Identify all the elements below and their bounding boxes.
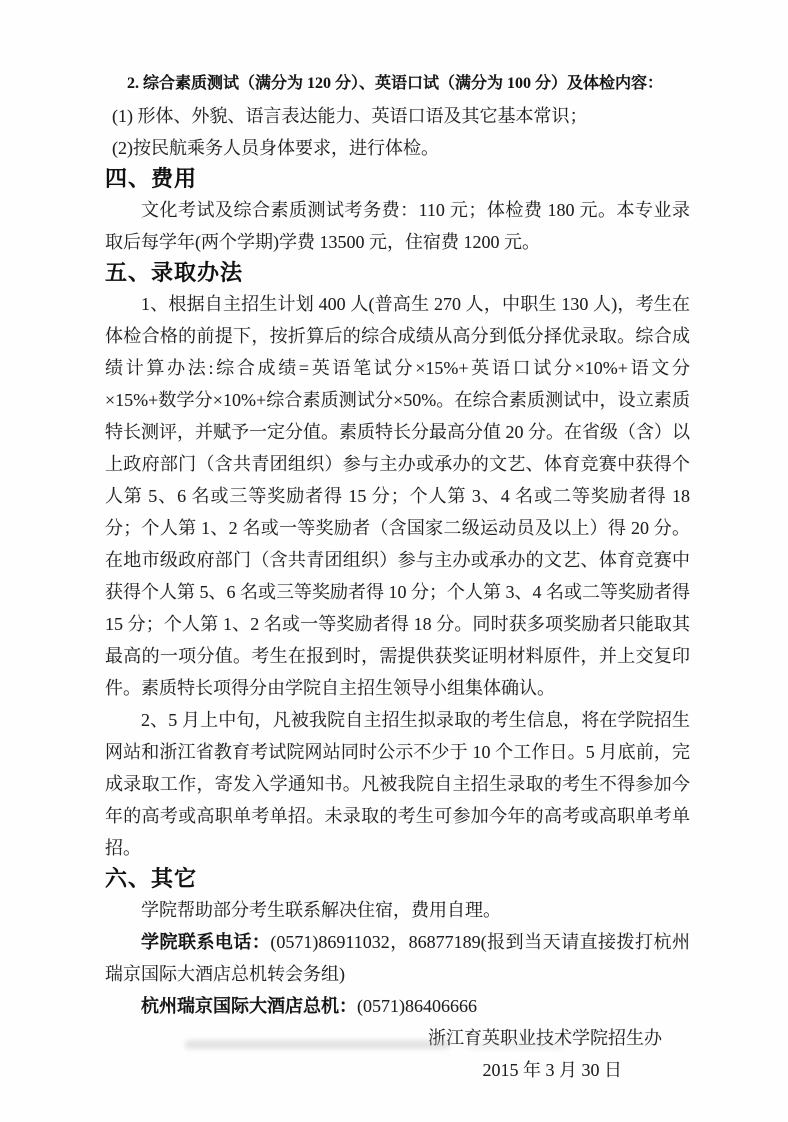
section-admission-paragraph-1: 1、根据自主招生计划 400 人(普高生 270 人，中职生 130 人)，考生… <box>105 288 690 704</box>
signature-date: 2015 年 3 月 30 日 <box>105 1054 690 1086</box>
section-other-paragraph: 学院帮助部分考生联系解决住宿，费用自理。 <box>105 894 690 926</box>
scan-bleedthrough-artifact <box>468 1042 563 1049</box>
signature-organization: 浙江育英职业技术学院招生办 <box>105 1022 690 1054</box>
exam-item2-sub2: (2)按民航乘务人员身体要求，进行体检。 <box>105 132 690 164</box>
document-page: 2. 综合素质测试（满分为 120 分）、英语口试（满分为 100 分）及体检内… <box>0 0 788 1122</box>
section-fee-heading: 四、费用 <box>105 164 690 194</box>
scan-bleedthrough-artifact <box>185 1040 450 1049</box>
exam-item2-sub1: (1) 形体、外貌、语言表达能力、英语口语及其它基本常识； <box>105 100 690 132</box>
college-phone-label: 学院联系电话： <box>141 932 270 952</box>
document-body: 2. 综合素质测试（满分为 120 分）、英语口试（满分为 100 分）及体检内… <box>0 0 788 1086</box>
hotel-phone-label: 杭州瑞京国际大酒店总机： <box>141 996 357 1016</box>
section-fee-paragraph: 文化考试及综合素质测试考务费：110 元；体检费 180 元。本专业录取后每学年… <box>105 194 690 258</box>
hotel-contact-line: 杭州瑞京国际大酒店总机：(0571)86406666 <box>105 990 690 1022</box>
section-admission-paragraph-2: 2、5 月上中旬，凡被我院自主招生拟录取的考生信息，将在学院招生网站和浙江省教育… <box>105 704 690 864</box>
section-admission-heading: 五、录取办法 <box>105 258 690 288</box>
section-other-heading: 六、其它 <box>105 864 690 894</box>
exam-item2-title: 2. 综合素质测试（满分为 120 分）、英语口试（满分为 100 分）及体检内… <box>105 68 690 100</box>
college-contact-line: 学院联系电话：(0571)86911032，86877189(报到当天请直接拨打… <box>105 926 690 990</box>
hotel-phone-value: (0571)86406666 <box>357 996 477 1016</box>
